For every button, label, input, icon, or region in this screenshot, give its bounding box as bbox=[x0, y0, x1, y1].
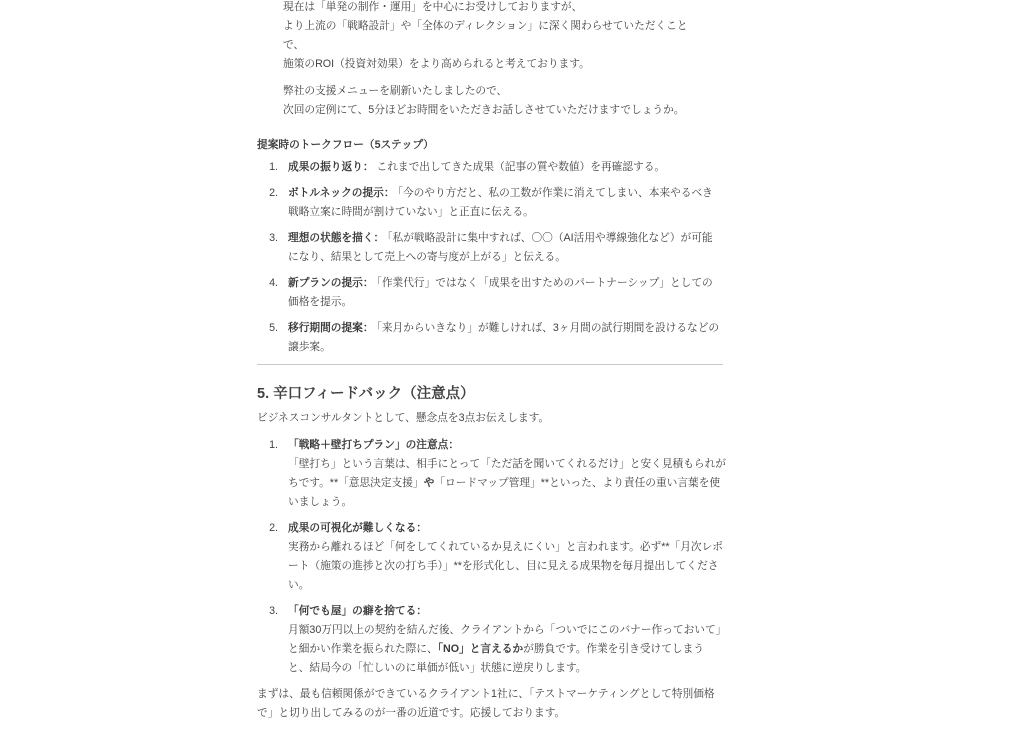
list-item-label: 成果の可視化が難しくなる： bbox=[288, 522, 427, 534]
list-item-number: 1. bbox=[257, 436, 278, 512]
list-item: 1. 成果の振り返り：これまで出してきた成果（記事の質や数値）を再確認する。 bbox=[257, 158, 727, 177]
intro-line: 施策のROI（投資対効果）をより高められると考えております。 bbox=[283, 55, 727, 74]
list-item-line: い。 bbox=[288, 579, 309, 591]
list-item-line: が勝負です。作業を引き受けてしまう bbox=[523, 643, 704, 655]
list-item-number: 2. bbox=[257, 519, 278, 595]
talk-flow-list: 1. 成果の振り返り：これまで出してきた成果（記事の質や数値）を再確認する。 2… bbox=[257, 158, 727, 357]
list-item-line: 実務から離れるほど「何をしてくれているか見えにくい」と言われます。必ず**「月次… bbox=[288, 541, 723, 553]
intro-paragraph-2: 弊社の支援メニューを刷新いたしましたので、 次回の定例にて、5分ほどお時間をいた… bbox=[283, 82, 727, 120]
document-body: 現在は「単発の制作・運用」を中心にお受けしておりますが、 より上流の「戦略設計」… bbox=[257, 0, 727, 723]
list-item-line: 「今のやり方だと、私の工数が作業に消えてしまい、本来やるべき bbox=[398, 187, 713, 199]
list-item-label: 新プランの提示： bbox=[288, 277, 374, 289]
list-item-label: 移行期間の提案： bbox=[288, 322, 374, 334]
closing-line: まずは、最も信頼関係ができているクライアント1社に、「テストマーケティングとして… bbox=[257, 685, 727, 704]
list-item: 4. 新プランの提示：「作業代行」ではなく「成果を出すためのパートナーシップ」と… bbox=[257, 274, 727, 312]
intro-paragraph-1: 現在は「単発の制作・運用」を中心にお受けしておりますが、 より上流の「戦略設計」… bbox=[283, 0, 727, 74]
list-item-line: ート（施策の進捗と次の打ち手）」**を形式化し、目に見える成果物を毎月提出してく… bbox=[288, 560, 718, 572]
list-item-number: 5. bbox=[257, 319, 278, 357]
intro-line: 現在は「単発の制作・運用」を中心にお受けしておりますが、 bbox=[283, 0, 727, 17]
bold-inline: や bbox=[424, 477, 435, 489]
closing-line: で」と切り出してみるのが一番の近道です。応援しております。 bbox=[257, 704, 727, 723]
intro-line: 次回の定例にて、5分ほどお時間をいただきお話しさせていただけますでしょうか。 bbox=[283, 101, 727, 120]
intro-line: より上流の「戦略設計」や「全体のディレクション」に深く関わらせていただくこと bbox=[283, 17, 727, 36]
list-item-line: 譲歩案。 bbox=[288, 338, 719, 357]
list-item-line: ちです。**「意思決定支援」 bbox=[288, 477, 424, 489]
list-item-number: 4. bbox=[257, 274, 278, 312]
list-item-label: 「戦略＋壁打ちプラン」の注意点： bbox=[288, 439, 459, 451]
bold-inline: 「NO」と言えるか bbox=[438, 643, 524, 655]
list-item-line: 月額30万円以上の契約を結んだ後、クライアントから「ついでにこのバナー作っておい… bbox=[288, 624, 726, 636]
list-item-label: 理想の状態を描く： bbox=[288, 232, 384, 244]
list-item-line: になり、結果として売上への寄与度が上がる」と伝える。 bbox=[288, 248, 713, 267]
list-item-text: ボトルネックの提示：「今のやり方だと、私の工数が作業に消えてしまい、本来やるべき… bbox=[288, 184, 713, 222]
list-item-text: 「戦略＋壁打ちプラン」の注意点： 「壁打ち」という言葉は、相手にとって「ただ話を… bbox=[288, 436, 726, 512]
intro-block: 現在は「単発の制作・運用」を中心にお受けしておりますが、 より上流の「戦略設計」… bbox=[283, 0, 727, 120]
list-item-text: 成果の振り返り：これまで出してきた成果（記事の質や数値）を再確認する。 bbox=[288, 158, 665, 177]
feedback-lead: ビジネスコンサルタントとして、懸念点を3点お伝えします。 bbox=[257, 409, 727, 428]
feedback-list: 1. 「戦略＋壁打ちプラン」の注意点： 「壁打ち」という言葉は、相手にとって「た… bbox=[257, 436, 727, 678]
list-item-text: 成果の可視化が難しくなる： 実務から離れるほど「何をしてくれているか見えにくい」… bbox=[288, 519, 723, 595]
list-item-text: 「何でも屋」の癖を捨てる： 月額30万円以上の契約を結んだ後、クライアントから「… bbox=[288, 602, 726, 678]
list-item-label: 「何でも屋」の癖を捨てる： bbox=[288, 605, 427, 617]
list-item-line: これまで出してきた成果（記事の質や数値）を再確認する。 bbox=[377, 161, 666, 173]
list-item-text: 理想の状態を描く：「私が戦略設計に集中すれば、〇〇（AI活用や導線強化など）が可… bbox=[288, 229, 713, 267]
list-item-number: 2. bbox=[257, 184, 278, 222]
list-item-number: 1. bbox=[257, 158, 278, 177]
list-item: 3. 理想の状態を描く：「私が戦略設計に集中すれば、〇〇（AI活用や導線強化など… bbox=[257, 229, 727, 267]
talk-flow-heading: 提案時のトークフロー（5ステップ） bbox=[257, 136, 727, 155]
list-item: 3. 「何でも屋」の癖を捨てる： 月額30万円以上の契約を結んだ後、クライアント… bbox=[257, 602, 727, 678]
list-item-line: 戦略立案に時間が割けていない」と正直に伝える。 bbox=[288, 203, 713, 222]
feedback-heading: 5. 辛口フィードバック（注意点） bbox=[257, 384, 727, 404]
list-item-line: 「ロードマップ管理」**といった、より責任の重い言葉を使 bbox=[434, 477, 720, 489]
list-item-label: ボトルネックの提示： bbox=[288, 187, 395, 199]
closing-paragraph: まずは、最も信頼関係ができているクライアント1社に、「テストマーケティングとして… bbox=[257, 685, 727, 723]
section-divider bbox=[257, 364, 723, 365]
intro-line: 弊社の支援メニューを刷新いたしましたので、 bbox=[283, 82, 727, 101]
list-item-text: 新プランの提示：「作業代行」ではなく「成果を出すためのパートナーシップ」としての… bbox=[288, 274, 713, 312]
list-item-line: 「来月からいきなり」が難しければ、3ヶ月間の試行期間を設けるなどの bbox=[377, 322, 720, 334]
list-item-number: 3. bbox=[257, 602, 278, 678]
list-item-label: 成果の振り返り： bbox=[288, 161, 374, 173]
list-item-line: 「壁打ち」という言葉は、相手にとって「ただ話を聞いてくれるだけ」と安く見積もられ… bbox=[288, 458, 726, 470]
list-item-line: 「作業代行」ではなく「成果を出すためのパートナーシップ」としての bbox=[377, 277, 713, 289]
list-item: 2. ボトルネックの提示：「今のやり方だと、私の工数が作業に消えてしまい、本来や… bbox=[257, 184, 727, 222]
list-item-line: 「私が戦略設計に集中すれば、〇〇（AI活用や導線強化など）が可能 bbox=[387, 232, 712, 244]
list-item-line: いましょう。 bbox=[288, 496, 352, 508]
intro-line: で、 bbox=[283, 36, 727, 55]
list-item: 1. 「戦略＋壁打ちプラン」の注意点： 「壁打ち」という言葉は、相手にとって「た… bbox=[257, 436, 727, 512]
list-item-text: 移行期間の提案：「来月からいきなり」が難しければ、3ヶ月間の試行期間を設けるなど… bbox=[288, 319, 719, 357]
list-item-line: と、結局今の「忙しいのに単価が低い」状態に逆戻りします。 bbox=[288, 662, 586, 674]
list-item-line: 価格を提示。 bbox=[288, 293, 713, 312]
list-item: 5. 移行期間の提案：「来月からいきなり」が難しければ、3ヶ月間の試行期間を設け… bbox=[257, 319, 727, 357]
list-item-line: と細かい作業を振られた際に、 bbox=[288, 643, 438, 655]
list-item: 2. 成果の可視化が難しくなる： 実務から離れるほど「何をしてくれているか見えに… bbox=[257, 519, 727, 595]
list-item-number: 3. bbox=[257, 229, 278, 267]
